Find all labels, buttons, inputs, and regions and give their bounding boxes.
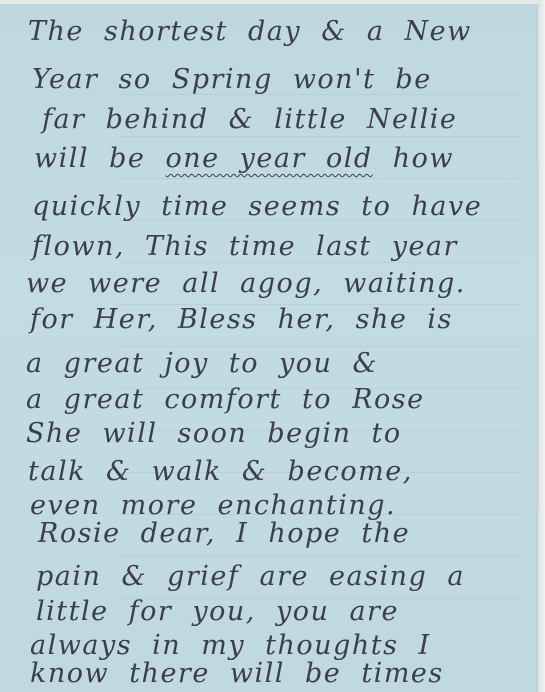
letter-line: Year so Spring won't be [32,66,432,93]
letter-line: She will soon begin to [26,420,402,447]
line-text: how [373,143,454,174]
letter-line: a great joy to you & [26,350,378,377]
letter-line: talk & walk & become, [28,458,413,485]
letter-line: a great comfort to Rose [26,386,425,413]
underlined-phrase: one year old [165,143,372,174]
letter-line: will be one year old how [34,145,454,172]
paper-right-edge [538,0,545,692]
line-text: will be [34,143,165,174]
letter-line: little for you, you are [36,598,399,625]
letter-line: pain & grief are easing a [36,563,465,590]
letter-line: The shortest day & a New [28,18,472,45]
letter-line: know there will be times [30,660,444,687]
letter-line: always in my thoughts I [30,632,431,659]
letter-line: we were all agog, waiting. [26,270,466,297]
letter-line: far behind & little Nellie [42,106,457,133]
letter-line: flown, This time last year [32,233,458,260]
letter-line: quickly time seems to have [32,193,482,220]
letter-line: Rosie dear, I hope the [38,520,410,547]
letter-line: for Her, Bless her, she is [30,306,453,333]
letter-line: even more enchanting. [30,492,396,519]
